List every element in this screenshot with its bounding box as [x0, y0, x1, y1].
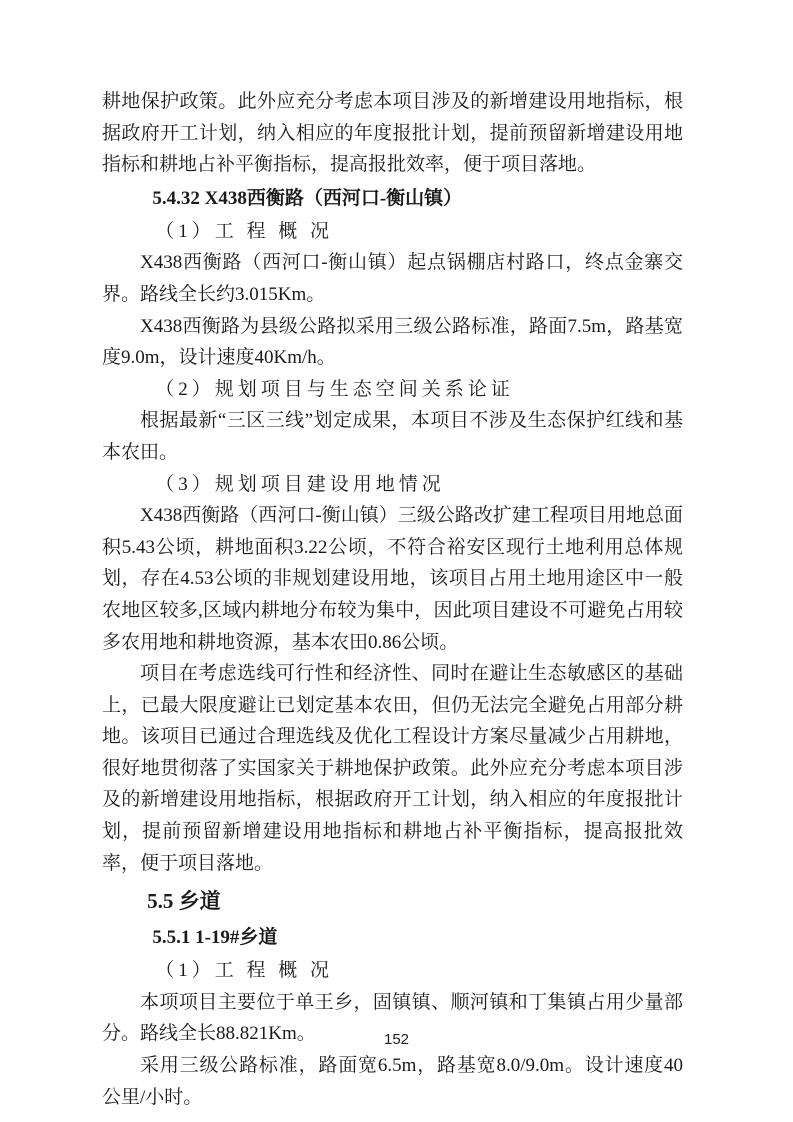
list-item-heading: （3）规划项目建设用地情况: [102, 469, 683, 501]
section-heading-5-5-1: 5.5.1 1-19#乡道: [102, 921, 683, 954]
list-item-heading: （1）工 程 概 况: [102, 216, 683, 248]
page-number: 152: [384, 1031, 409, 1048]
document-content: 耕地保护政策。此外应充分考虑本项目涉及的新增建设用地指标，根据政府开工计划，纳入…: [102, 86, 683, 1113]
body-paragraph: 根据最新“三区三线”划定成果，本项目不涉及生态保护红线和基本农田。: [102, 405, 683, 468]
chapter-heading-5-5: 5.5 乡道: [102, 884, 683, 918]
page-footer: 152: [0, 1031, 793, 1049]
body-paragraph: X438西衡路（西河口-衡山镇）起点锅棚店村路口，终点金寨交界。路线全长约3.0…: [102, 247, 683, 310]
section-heading-5-4-32: 5.4.32 X438西衡路（西河口-衡山镇）: [102, 182, 683, 215]
body-paragraph: X438西衡路为县级公路拟采用三级公路标准，路面7.5m，路基宽度9.0m，设计…: [102, 311, 683, 374]
body-paragraph: X438西衡路（西河口-衡山镇）三级公路改扩建工程项目用地总面积5.43公顷，耕…: [102, 500, 683, 658]
list-item-heading: （1）工 程 概 况: [102, 955, 683, 987]
body-paragraph: 采用三级公路标准，路面宽6.5m，路基宽8.0/9.0m。设计速度40公里/小时…: [102, 1050, 683, 1113]
list-item-heading: （2）规划项目与生态空间关系论证: [102, 374, 683, 406]
body-paragraph: 耕地保护政策。此外应充分考虑本项目涉及的新增建设用地指标，根据政府开工计划，纳入…: [102, 86, 683, 181]
document-page: 耕地保护政策。此外应充分考虑本项目涉及的新增建设用地指标，根据政府开工计划，纳入…: [0, 0, 793, 1122]
body-paragraph: 项目在考虑选线可行性和经济性、同时在避让生态敏感区的基础上，已最大限度避让已划定…: [102, 658, 683, 879]
